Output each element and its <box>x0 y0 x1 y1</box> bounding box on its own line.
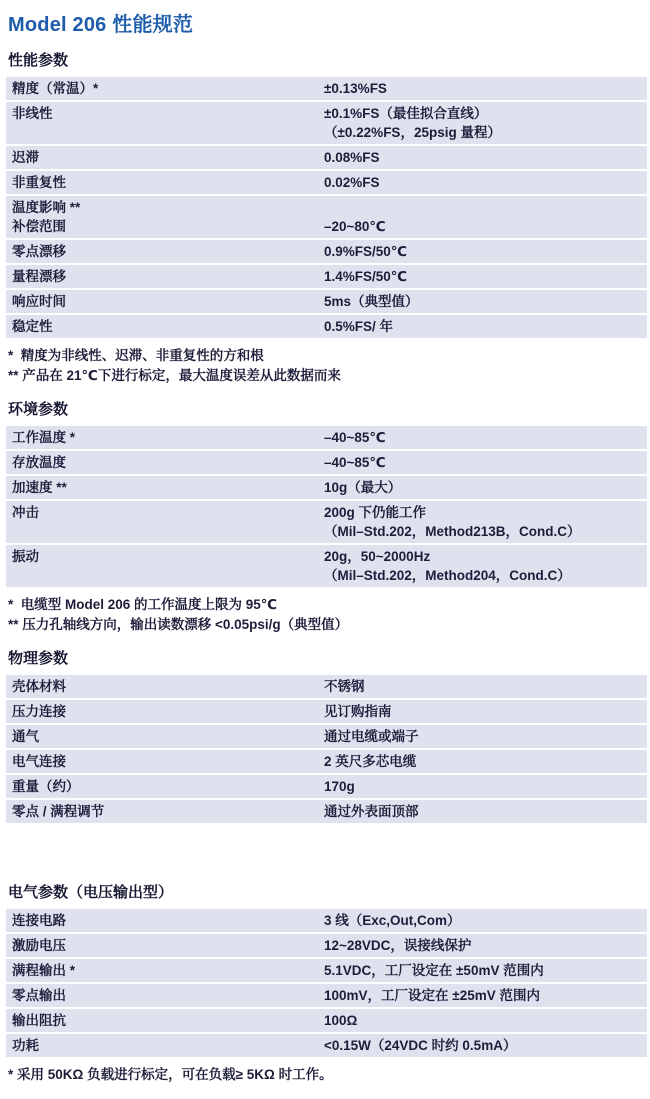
spec-value: 12~28VDC，误接线保护 <box>324 936 641 955</box>
table-row: 满程输出 * 5.1VDC，工厂设定在 ±50mV 范围内 <box>6 959 647 982</box>
section-header-physical: 物理参数 <box>8 647 647 668</box>
spec-label: 激励电压 <box>12 936 324 955</box>
footnotes-environment: * 电缆型 Model 206 的工作温度上限为 95℃ ** 压力孔轴线方向，… <box>8 595 647 635</box>
footnote: ** 产品在 21℃下进行标定，最大温度误差从此数据而来 <box>8 366 647 386</box>
spec-value: 通过电缆或端子 <box>324 727 641 746</box>
spec-value: –40~85℃ <box>324 453 641 472</box>
table-row: 功耗 <0.15W（24VDC 时约 0.5mA） <box>6 1034 647 1057</box>
table-row: 零点漂移 0.9%FS/50℃ <box>6 240 647 263</box>
datasheet-page: Model 206 性能规范 性能参数 精度（常温）* ±0.13%FS 非线性… <box>0 0 650 1099</box>
table-row: 量程漂移 1.4%FS/50℃ <box>6 265 647 288</box>
spec-label: 非线性 <box>12 104 324 123</box>
footnote: ** 压力孔轴线方向，输出读数漂移 <0.05psi/g（典型值） <box>8 615 647 635</box>
spec-label: 冲击 <box>12 503 324 522</box>
spec-label: 响应时间 <box>12 292 324 311</box>
spec-label: 补偿范围 <box>12 217 324 236</box>
table-row: 电气连接 2 英尺多芯电缆 <box>6 750 647 773</box>
spec-label: 通气 <box>12 727 324 746</box>
table-row: 零点输出 100mV，工厂设定在 ±25mV 范围内 <box>6 984 647 1007</box>
spec-value: ±0.13%FS <box>324 79 641 98</box>
section-header-electrical: 电气参数（电压输出型） <box>8 881 647 902</box>
spec-label: 零点输出 <box>12 986 324 1005</box>
spec-value: 不锈钢 <box>324 677 641 696</box>
spec-label: 迟滞 <box>12 148 324 167</box>
table-row: 输出阻抗 100Ω <box>6 1009 647 1032</box>
spec-label: 功耗 <box>12 1036 324 1055</box>
table-row: 冲击 200g 下仍能工作 （Mil–Std.202，Method213B，Co… <box>6 501 647 543</box>
spec-value: <0.15W（24VDC 时约 0.5mA） <box>324 1036 641 1055</box>
table-row: 存放温度 –40~85℃ <box>6 451 647 474</box>
spec-value-line2: （Mil–Std.202，Method213B，Cond.C） <box>324 522 641 541</box>
spec-value: –40~85℃ <box>324 428 641 447</box>
spec-value: 通过外表面顶部 <box>324 802 641 821</box>
page-title: Model 206 性能规范 <box>8 8 647 37</box>
spec-label: 零点 / 满程调节 <box>12 802 324 821</box>
spec-label: 加速度 ** <box>12 478 324 497</box>
footnotes-electrical: * 采用 50KΩ 负载进行标定，可在负载≥ 5KΩ 时工作。 <box>8 1065 647 1085</box>
spec-value: 100Ω <box>324 1011 641 1030</box>
table-row: 加速度 ** 10g（最大） <box>6 476 647 499</box>
physical-spec-table: 壳体材料 不锈钢 压力连接 见订购指南 通气 通过电缆或端子 电气连接 2 英尺… <box>6 675 647 823</box>
spec-value: 3 线（Exc,Out,Com） <box>324 911 641 930</box>
table-row: 精度（常温）* ±0.13%FS <box>6 77 647 100</box>
spec-value: 170g <box>324 777 641 796</box>
spec-value-line2: –20~80℃ <box>324 217 641 236</box>
table-row: 压力连接 见订购指南 <box>6 700 647 723</box>
spec-value: 200g 下仍能工作 <box>324 503 641 522</box>
spec-value: 10g（最大） <box>324 478 641 497</box>
footnote: * 精度为非线性、迟滞、非重复性的方和根 <box>8 346 647 366</box>
spec-label: 存放温度 <box>12 453 324 472</box>
spec-value: 20g，50~2000Hz <box>324 547 641 566</box>
electrical-spec-table: 连接电路 3 线（Exc,Out,Com） 激励电压 12~28VDC，误接线保… <box>6 909 647 1057</box>
performance-spec-table: 精度（常温）* ±0.13%FS 非线性 ±0.1%FS（最佳拟合直线） （±0… <box>6 77 647 338</box>
spec-label: 重量（约） <box>12 777 324 796</box>
spec-value: 见订购指南 <box>324 702 641 721</box>
spec-value: 5ms（典型值） <box>324 292 641 311</box>
footnote: * 电缆型 Model 206 的工作温度上限为 95℃ <box>8 595 647 615</box>
footnotes-performance: * 精度为非线性、迟滞、非重复性的方和根 ** 产品在 21℃下进行标定，最大温… <box>8 346 647 386</box>
spec-label: 压力连接 <box>12 702 324 721</box>
table-row: 迟滞 0.08%FS <box>6 146 647 169</box>
table-row-group: 温度影响 ** 补偿范围 –20~80℃ <box>6 196 647 238</box>
spec-value <box>324 198 641 217</box>
table-row: 响应时间 5ms（典型值） <box>6 290 647 313</box>
spec-label: 稳定性 <box>12 317 324 336</box>
spec-value: ±0.1%FS（最佳拟合直线） <box>324 104 641 123</box>
spec-label: 精度（常温）* <box>12 79 324 98</box>
spec-value: 0.08%FS <box>324 148 641 167</box>
spec-value-line2: （±0.22%FS，25psig 量程） <box>324 123 641 142</box>
spec-label: 振动 <box>12 547 324 566</box>
spec-value: 0.02%FS <box>324 173 641 192</box>
spec-label: 连接电路 <box>12 911 324 930</box>
spec-value: 2 英尺多芯电缆 <box>324 752 641 771</box>
spec-group-label: 温度影响 ** <box>12 198 324 217</box>
table-row: 壳体材料 不锈钢 <box>6 675 647 698</box>
environment-spec-table: 工作温度 * –40~85℃ 存放温度 –40~85℃ 加速度 ** 10g（最… <box>6 426 647 587</box>
footnote: * 采用 50KΩ 负载进行标定，可在负载≥ 5KΩ 时工作。 <box>8 1065 647 1085</box>
spec-value: 1.4%FS/50℃ <box>324 267 641 286</box>
spec-label: 壳体材料 <box>12 677 324 696</box>
table-row: 非重复性 0.02%FS <box>6 171 647 194</box>
spec-label: 输出阻抗 <box>12 1011 324 1030</box>
table-row: 零点 / 满程调节 通过外表面顶部 <box>6 800 647 823</box>
spec-value: 100mV，工厂设定在 ±25mV 范围内 <box>324 986 641 1005</box>
spec-value-line2: （Mil–Std.202，Method204，Cond.C） <box>324 566 641 585</box>
spec-value: 0.5%FS/ 年 <box>324 317 641 336</box>
spec-label: 工作温度 * <box>12 428 324 447</box>
spec-label: 电气连接 <box>12 752 324 771</box>
table-row: 稳定性 0.5%FS/ 年 <box>6 315 647 338</box>
spec-value: 5.1VDC，工厂设定在 ±50mV 范围内 <box>324 961 641 980</box>
table-row: 工作温度 * –40~85℃ <box>6 426 647 449</box>
spec-label: 非重复性 <box>12 173 324 192</box>
spec-label: 量程漂移 <box>12 267 324 286</box>
spec-label: 零点漂移 <box>12 242 324 261</box>
table-row: 振动 20g，50~2000Hz （Mil–Std.202，Method204，… <box>6 545 647 587</box>
table-row: 激励电压 12~28VDC，误接线保护 <box>6 934 647 957</box>
spec-value: 0.9%FS/50℃ <box>324 242 641 261</box>
table-row: 重量（约） 170g <box>6 775 647 798</box>
table-row: 通气 通过电缆或端子 <box>6 725 647 748</box>
spec-label: 满程输出 * <box>12 961 324 980</box>
table-row: 连接电路 3 线（Exc,Out,Com） <box>6 909 647 932</box>
section-header-environment: 环境参数 <box>8 398 647 419</box>
section-header-performance: 性能参数 <box>8 49 647 70</box>
table-row: 非线性 ±0.1%FS（最佳拟合直线） （±0.22%FS，25psig 量程） <box>6 102 647 144</box>
